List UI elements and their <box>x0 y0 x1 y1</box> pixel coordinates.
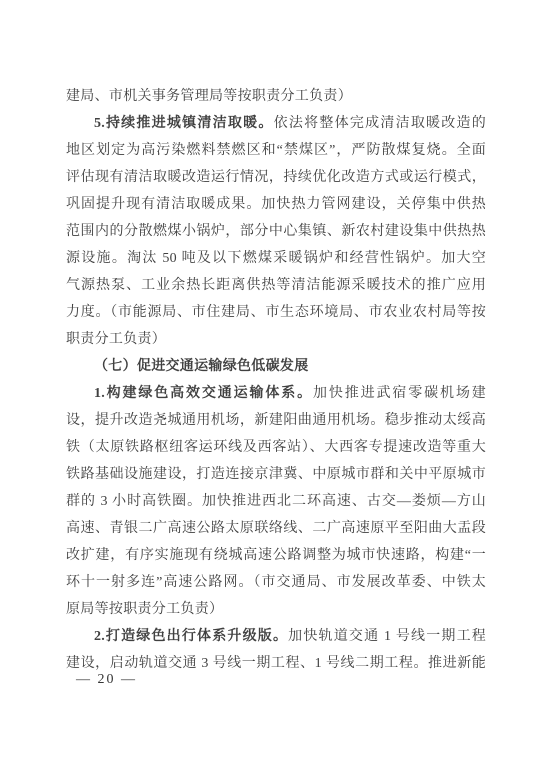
text-line: 设，提升改造尧城通用机场，新建阳曲通用机场。稳步推动太绥高 <box>66 407 486 434</box>
text-line: 5.持续推进城镇清洁取暖。依法将整体完成清洁取暖改造的 <box>66 110 486 137</box>
text-line: 职责分工负责） <box>66 326 486 353</box>
page-number: — 20 — <box>76 672 137 688</box>
paragraph-lead: 1.构建绿色高效交通运输体系。 <box>94 386 313 401</box>
text-line: 环十一射多连”高速公路网。（市交通局、市发展改革委、中铁太 <box>66 569 486 596</box>
text-line: 气源热泵、工业余热长距离供热等清洁能源采暖技术的推广应用 <box>66 272 486 299</box>
text-line: 源设施。淘汰 50 吨及以下燃煤采暖锅炉和经营性锅炉。加大空 <box>66 245 486 272</box>
text-line: 铁（太原铁路枢纽客运环线及西客站）、大西客专提速改造等重大 <box>66 434 486 461</box>
paragraph-lead: 2.打造绿色出行体系升级版。 <box>94 629 288 644</box>
text-line: 地区划定为高污染燃料禁燃区和“禁煤区”，严防散煤复烧。全面 <box>66 137 486 164</box>
text-line: 群的 3 小时高铁圈。加快推进西北二环高速、古交—娄烦—方山 <box>66 488 486 515</box>
text-line: 原局等按职责分工负责） <box>66 596 486 623</box>
document-body: 建局、市机关事务管理局等按职责分工负责）5.持续推进城镇清洁取暖。依法将整体完成… <box>66 83 486 677</box>
text-line: 建局、市机关事务管理局等按职责分工负责） <box>66 83 486 110</box>
text-line: 2.打造绿色出行体系升级版。加快轨道交通 1 号线一期工程 <box>66 623 486 650</box>
text-line: 范围内的分散燃煤小锅炉，部分中心集镇、新农村建设集中供热热 <box>66 218 486 245</box>
text-line: 力度。（市能源局、市住建局、市生态环境局、市农业农村局等按 <box>66 299 486 326</box>
document-page: 建局、市机关事务管理局等按职责分工负责）5.持续推进城镇清洁取暖。依法将整体完成… <box>0 0 550 778</box>
section-heading: （七）促进交通运输绿色低碳发展 <box>66 353 486 380</box>
text-line: 评估现有清洁取暖改造运行情况，持续优化改造方式或运行模式， <box>66 164 486 191</box>
paragraph-lead: 5.持续推进城镇清洁取暖。 <box>94 116 274 131</box>
text-line: 1.构建绿色高效交通运输体系。加快推进武宿零碳机场建 <box>66 380 486 407</box>
text-line: 铁路基础设施建设，打造连接京津冀、中原城市群和关中平原城市 <box>66 461 486 488</box>
text-line: 巩固提升现有清洁取暖成果。加快热力管网建设，关停集中供热 <box>66 191 486 218</box>
text-line: 改扩建，有序实施现有绕城高速公路调整为城市快速路，构建“一 <box>66 542 486 569</box>
text-line: 高速、青银二广高速公路太原联络线、二广高速原平至阳曲大盂段 <box>66 515 486 542</box>
